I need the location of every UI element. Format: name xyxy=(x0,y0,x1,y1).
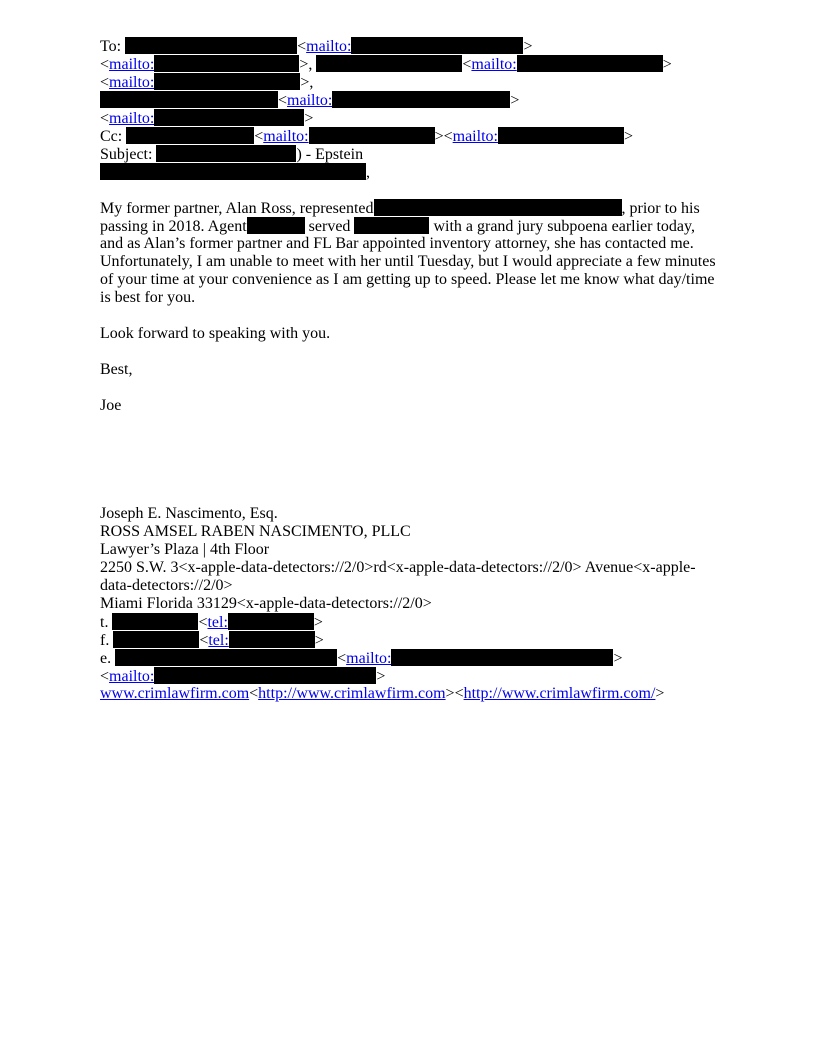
body-line: and as Alan’s former partner and FL Bar … xyxy=(100,235,694,253)
redaction xyxy=(100,163,366,180)
website-link[interactable]: http://www.crimlawfirm.com xyxy=(258,685,445,702)
mailto-link[interactable]: mailto: xyxy=(109,74,154,91)
to-line: <mailto:>, xyxy=(100,73,313,91)
signature-name: Joseph E. Nascimento, Esq. xyxy=(100,505,278,523)
mailto-link[interactable]: mailto: xyxy=(263,128,308,145)
redaction xyxy=(126,127,254,144)
body-line: of your time at your convenience as I am… xyxy=(100,271,715,289)
redaction xyxy=(154,55,299,72)
redaction xyxy=(309,127,435,144)
tel-link[interactable]: tel: xyxy=(208,632,228,649)
mailto-link[interactable]: mailto: xyxy=(471,56,516,73)
redaction xyxy=(316,55,462,72)
redaction xyxy=(354,217,429,234)
tel-link[interactable]: tel: xyxy=(207,614,227,631)
cc-label: Cc: xyxy=(100,128,122,145)
redaction xyxy=(351,37,523,54)
website-link[interactable]: http://www.crimlawfirm.com/ xyxy=(464,685,656,702)
redaction xyxy=(115,649,337,666)
redaction xyxy=(154,667,376,684)
mailto-link[interactable]: mailto: xyxy=(306,38,351,55)
signature-fax: f. <tel:> xyxy=(100,631,324,649)
redaction xyxy=(247,217,305,234)
redaction xyxy=(517,55,663,72)
to-line: <mailto:> xyxy=(100,91,519,109)
redaction xyxy=(229,631,315,648)
signature-address: data-detectors://2/0> xyxy=(100,577,233,595)
signature-email: e. <mailto:> xyxy=(100,649,623,667)
signature-city: Miami Florida 33129<x-apple-data-detecto… xyxy=(100,595,432,613)
subject-text: ) - Epstein xyxy=(296,146,363,163)
mailto-link[interactable]: mailto: xyxy=(287,92,332,109)
mailto-link[interactable]: mailto: xyxy=(109,110,154,127)
signature-phone: t. <tel:> xyxy=(100,613,323,631)
to-line: To: <mailto:> xyxy=(100,37,533,55)
signature-firm: ROSS AMSEL RABEN NASCIMENTO, PLLC xyxy=(100,523,411,541)
subject-label: Subject: xyxy=(100,146,152,163)
to-line: <mailto:>, <mailto:> xyxy=(100,55,672,73)
redaction xyxy=(113,631,199,648)
subject-line: Subject: ) - Epstein xyxy=(100,145,363,163)
redaction xyxy=(156,145,296,162)
signature-address: 2250 S.W. 3<x-apple-data-detectors://2/0… xyxy=(100,559,696,577)
redaction xyxy=(154,109,304,126)
mailto-link[interactable]: mailto: xyxy=(453,128,498,145)
redaction xyxy=(498,127,624,144)
redaction xyxy=(391,649,613,666)
signature-building: Lawyer’s Plaza | 4th Floor xyxy=(100,541,269,559)
redaction xyxy=(125,37,297,54)
body-line: passing in 2018. Agent served with a gra… xyxy=(100,217,695,235)
website-link[interactable]: www.crimlawfirm.com xyxy=(100,685,249,702)
to-label: To: xyxy=(100,38,121,55)
subject-continuation: , xyxy=(100,163,370,181)
body-line: is best for you. xyxy=(100,289,195,307)
mailto-link[interactable]: mailto: xyxy=(109,668,154,685)
redaction xyxy=(100,91,278,108)
redaction xyxy=(112,613,198,630)
body-line: My former partner, Alan Ross, represente… xyxy=(100,199,700,217)
redaction xyxy=(228,613,314,630)
sender-name: Joe xyxy=(100,397,121,415)
to-line: <mailto:> xyxy=(100,109,313,127)
signature-website: www.crimlawfirm.com<http://www.crimlawfi… xyxy=(100,685,664,703)
redaction xyxy=(154,73,300,90)
redaction xyxy=(332,91,510,108)
body-line: Unfortunately, I am unable to meet with … xyxy=(100,253,716,271)
cc-line: Cc: <mailto:><mailto:> xyxy=(100,127,633,145)
redaction xyxy=(374,199,622,216)
closing: Best, xyxy=(100,361,132,379)
mailto-link[interactable]: mailto: xyxy=(109,56,154,73)
signature-email: <mailto:> xyxy=(100,667,385,685)
mailto-link[interactable]: mailto: xyxy=(346,650,391,667)
body-closing-line: Look forward to speaking with you. xyxy=(100,325,330,343)
